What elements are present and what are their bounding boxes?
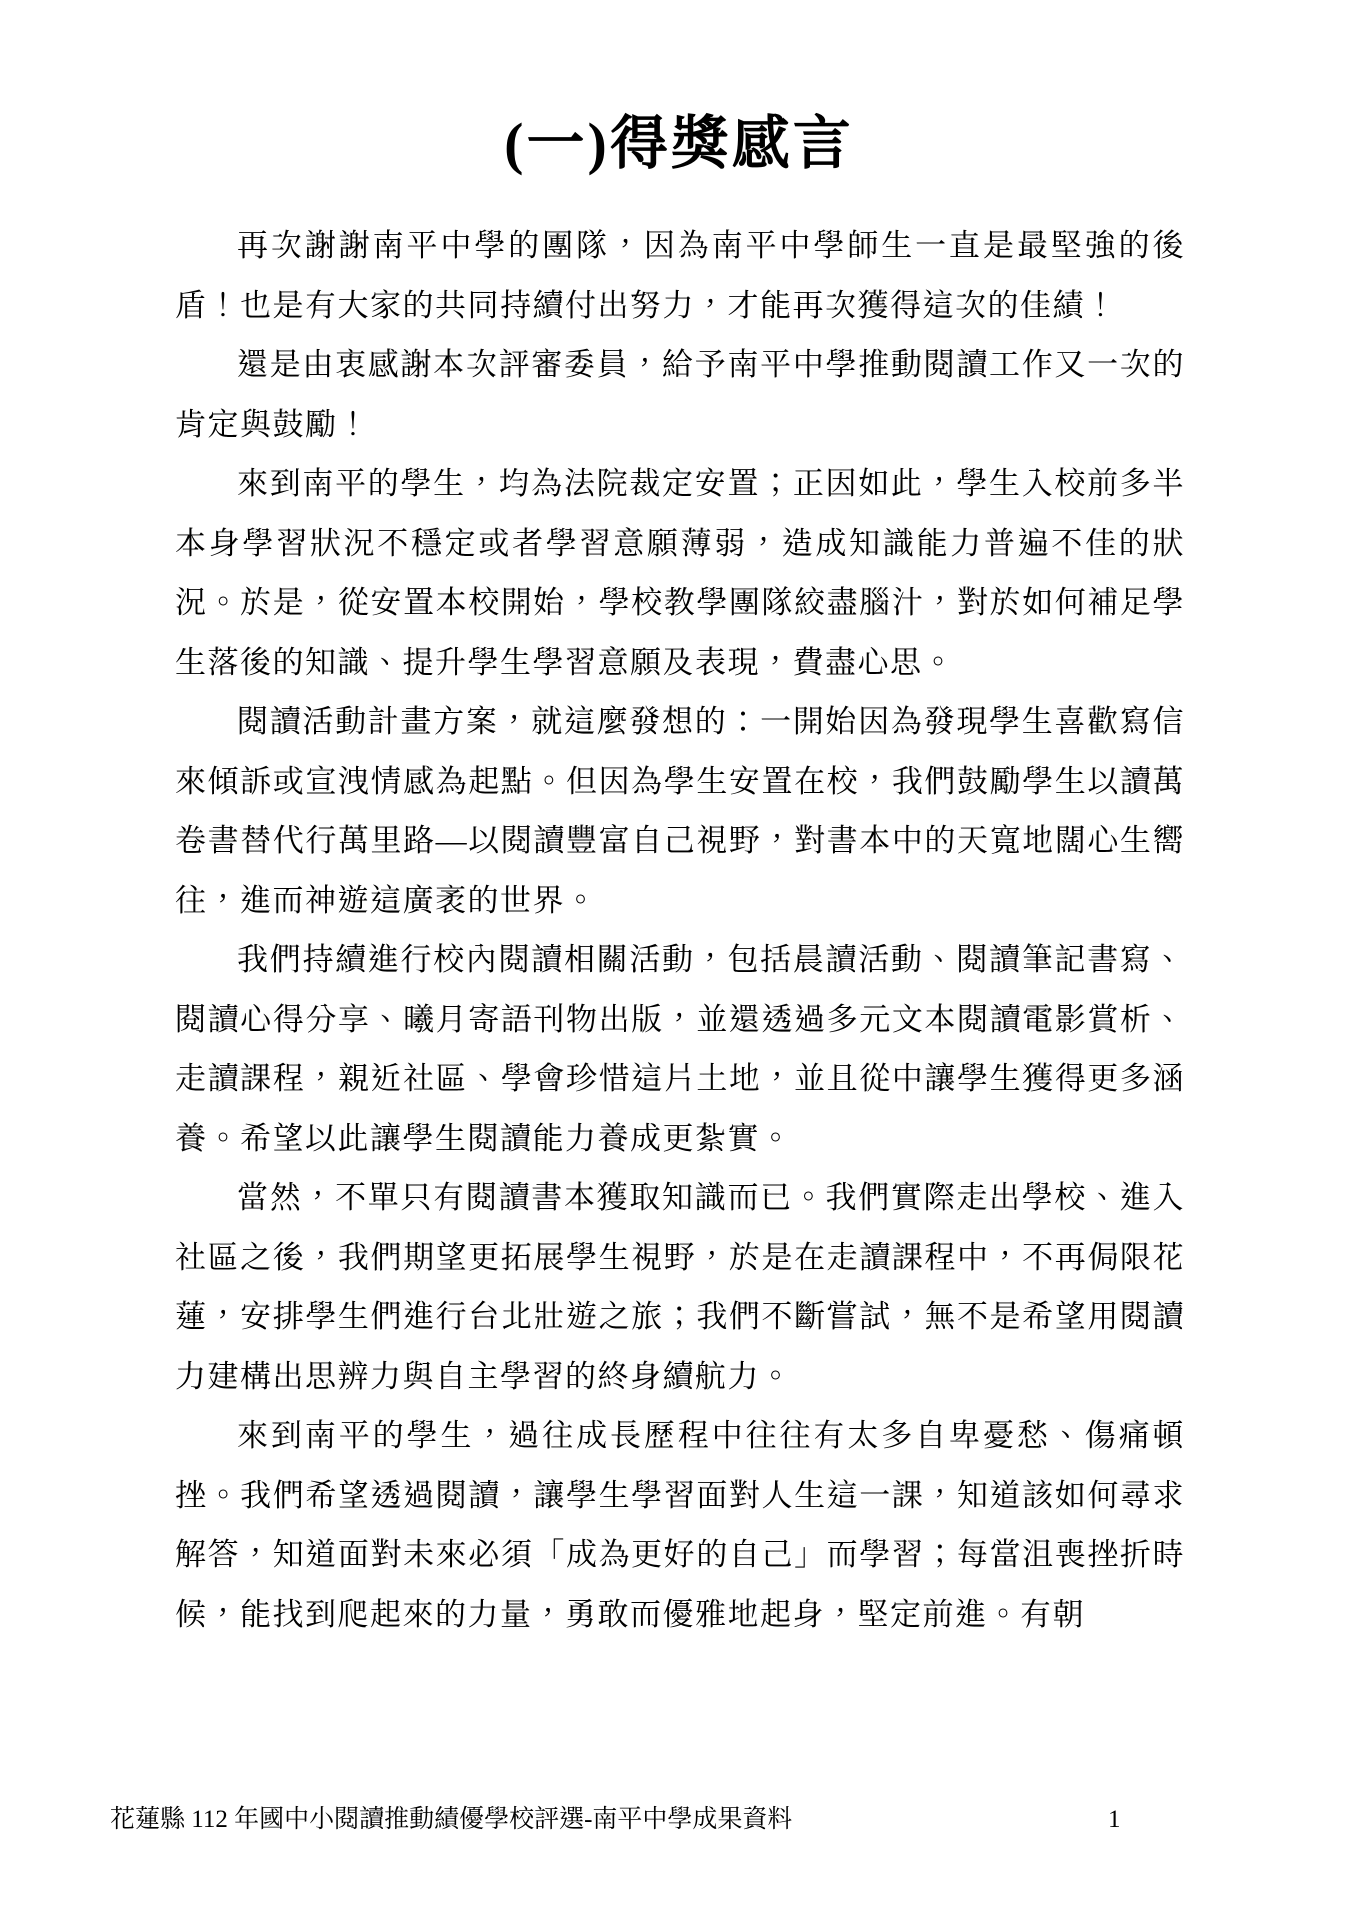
paragraph: 來到南平的學生，過往成長歷程中往往有太多自卑憂愁、傷痛頓挫。我們希望透過閱讀，讓… (175, 1406, 1185, 1644)
paragraph: 閱讀活動計畫方案，就這麼發想的：一開始因為發現學生喜歡寫信來傾訴或宣洩情感為起點… (175, 692, 1185, 930)
document-page: (一)得獎感言 再次謝謝南平中學的團隊，因為南平中學師生一直是最堅強的後盾！也是… (0, 0, 1358, 1920)
document-body: 再次謝謝南平中學的團隊，因為南平中學師生一直是最堅強的後盾！也是有大家的共同持續… (175, 216, 1185, 1644)
paragraph: 當然，不單只有閱讀書本獲取知識而已。我們實際走出學校、進入社區之後，我們期望更拓… (175, 1168, 1185, 1406)
paragraph: 再次謝謝南平中學的團隊，因為南平中學師生一直是最堅強的後盾！也是有大家的共同持續… (175, 216, 1185, 335)
paragraph: 還是由衷感謝本次評審委員，給予南平中學推動閱讀工作又一次的肯定與鼓勵！ (175, 335, 1185, 454)
footer-page-number: 1 (1108, 1800, 1121, 1840)
page-title: (一)得獎感言 (0, 0, 1358, 184)
paragraph: 我們持續進行校內閱讀相關活動，包括晨讀活動、閱讀筆記書寫、閱讀心得分享、曦月寄語… (175, 930, 1185, 1168)
footer-document-label: 花蓮縣 112 年國中小閱讀推動績優學校評選-南平中學成果資料 (110, 1800, 792, 1840)
paragraph: 來到南平的學生，均為法院裁定安置；正因如此，學生入校前多半本身學習狀況不穩定或者… (175, 454, 1185, 692)
